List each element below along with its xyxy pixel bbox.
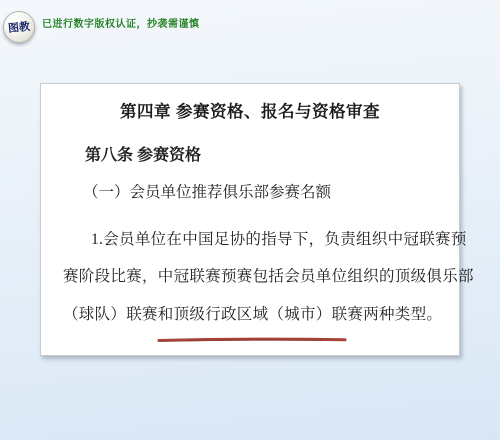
section-heading: （一）会员单位推荐俱乐部参赛名额 — [83, 180, 331, 202]
paragraph-line: 1.会员单位在中国足协的指导下，负责组织中冠联赛预 — [91, 227, 467, 249]
slide-background: 图教 已进行数字版权认证，抄袭需谨慎 第四章 参赛资格、报名与资格审查 第八条 … — [0, 0, 500, 440]
chapter-title: 第四章 参赛资格、报名与资格审查 — [41, 98, 459, 122]
copyright-certification-notice: 已进行数字版权认证，抄袭需谨慎 — [42, 15, 200, 30]
document-page-panel: 第四章 参赛资格、报名与资格审查 第八条 参赛资格 （一）会员单位推荐俱乐部参赛… — [40, 83, 460, 356]
red-underline-annotation — [157, 336, 347, 344]
watermark-logo-text: 图教 — [7, 18, 31, 36]
paragraph-line: 赛阶段比赛，中冠联赛预赛包括会员单位组织的顶级俱乐部 — [63, 264, 474, 286]
paragraph-line: （球队）联赛和顶级行政区域（城市）联赛两种类型。 — [63, 302, 442, 324]
watermark-logo-badge: 图教 — [1, 9, 36, 44]
article-heading: 第八条 参赛资格 — [85, 142, 201, 165]
